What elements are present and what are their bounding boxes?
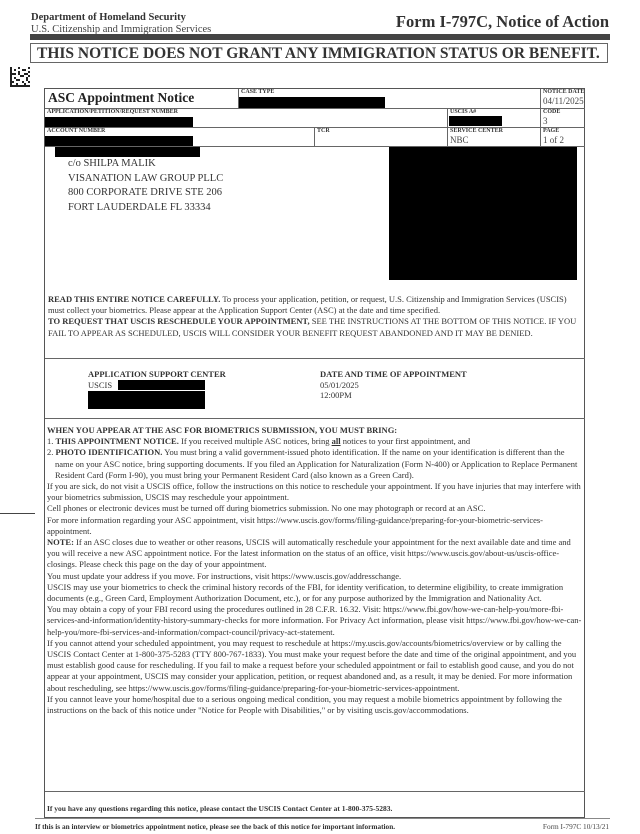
item-bold: THIS APPOINTMENT NOTICE. xyxy=(56,436,179,446)
section-divider xyxy=(45,358,585,359)
item-text: notices to your first appointment, and xyxy=(341,436,471,446)
page-value: 1 of 2 xyxy=(541,135,585,145)
case-type-cell: CASE TYPE xyxy=(239,89,541,109)
case-type-redacted xyxy=(239,97,385,108)
notice-date-value: 04/11/2025 xyxy=(541,96,585,106)
case-type-label: CASE TYPE xyxy=(239,89,540,96)
item-bold: PHOTO IDENTIFICATION. xyxy=(56,447,163,457)
section-divider xyxy=(45,418,585,419)
intro-paragraph-2: TO REQUEST THAT USCIS RESCHEDULE YOUR AP… xyxy=(48,316,581,338)
intro-bold-1: READ THIS ENTIRE NOTICE CAREFULLY. xyxy=(48,294,220,304)
a-number-label: USCIS A# xyxy=(448,109,540,116)
margin-fold-mark xyxy=(0,513,35,514)
asc-address-redacted xyxy=(88,391,205,409)
tcr-cell: TCR xyxy=(315,128,448,147)
page-cell: PAGE 1 of 2 xyxy=(541,128,585,147)
footer-note: If this is an interview or biometrics ap… xyxy=(35,822,395,831)
appointment-datetime: DATE AND TIME OF APPOINTMENT 05/01/2025 … xyxy=(320,369,467,401)
contact-line: If you have any questions regarding this… xyxy=(47,804,392,813)
notice-type-cell: ASC Appointment Notice xyxy=(45,89,239,109)
intro-paragraph-1: READ THIS ENTIRE NOTICE CAREFULLY. To pr… xyxy=(48,294,581,316)
receipt-number-label: APPLICATION/PETITION/REQUEST NUMBER xyxy=(45,109,447,116)
a-number-cell: USCIS A# xyxy=(448,109,541,128)
notice-date-label: NOTICE DATE xyxy=(541,89,585,96)
note-text: If an ASC closes due to weather or other… xyxy=(47,537,571,569)
service-center-label: SERVICE CENTER xyxy=(448,128,540,135)
mailing-address: c/o SHILPA MALIK VISANATION LAW GROUP PL… xyxy=(68,157,223,215)
footer-form-id: Form I-797C 10/13/21 xyxy=(543,822,609,831)
service-center-cell: SERVICE CENTER NBC xyxy=(448,128,541,147)
intro-section: READ THIS ENTIRE NOTICE CAREFULLY. To pr… xyxy=(48,294,581,339)
item-number: 2. xyxy=(47,447,53,457)
datamatrix-barcode-icon xyxy=(10,67,30,87)
address-line: VISANATION LAW GROUP PLLC xyxy=(68,172,223,187)
header-divider xyxy=(30,34,610,40)
asc-label: APPLICATION SUPPORT CENTER xyxy=(88,369,226,380)
address-line: FORT LAUDERDALE FL 33334 xyxy=(68,201,223,216)
address-line: c/o SHILPA MALIK xyxy=(68,157,223,172)
code-label: CODE xyxy=(541,109,585,116)
body-paragraph: If you cannot leave your home/hospital d… xyxy=(47,694,582,716)
body-paragraph: You may obtain a copy of your FBI record… xyxy=(47,604,582,638)
appointment-date: 05/01/2025 xyxy=(320,380,467,391)
bring-item-1: 1. THIS APPOINTMENT NOTICE. If you recei… xyxy=(47,436,582,447)
datetime-label: DATE AND TIME OF APPOINTMENT xyxy=(320,369,467,380)
receipt-number-cell: APPLICATION/PETITION/REQUEST NUMBER xyxy=(45,109,448,128)
a-number-redacted xyxy=(449,116,502,126)
body-paragraph: If you cannot attend your scheduled appo… xyxy=(47,638,582,694)
notice-type: ASC Appointment Notice xyxy=(45,89,238,106)
footer-divider xyxy=(35,818,610,819)
intro-bold-2: TO REQUEST THAT USCIS RESCHEDULE YOUR AP… xyxy=(48,316,310,326)
status-banner: THIS NOTICE DOES NOT GRANT ANY IMMIGRATI… xyxy=(30,43,608,63)
agency-name: Department of Homeland Security xyxy=(31,12,186,23)
asc-name-redacted xyxy=(118,380,205,390)
address-line: 800 CORPORATE DRIVE STE 206 xyxy=(68,186,223,201)
account-number-label: ACCOUNT NUMBER xyxy=(45,128,314,135)
bring-heading: WHEN YOU APPEAR AT THE ASC FOR BIOMETRIC… xyxy=(47,425,582,436)
code-cell: CODE 3 xyxy=(541,109,585,128)
body-paragraph: If you are sick, do not visit a USCIS of… xyxy=(47,481,582,503)
section-divider xyxy=(45,791,585,792)
notice-date-cell: NOTICE DATE 04/11/2025 xyxy=(541,89,585,109)
bring-item-2: 2. PHOTO IDENTIFICATION. You must bring … xyxy=(47,447,582,481)
page-label: PAGE xyxy=(541,128,585,135)
item-emphasis: all xyxy=(332,436,341,446)
body-paragraph: For more information regarding your ASC … xyxy=(47,515,582,537)
item-number: 1. xyxy=(47,436,53,446)
barcode-area-redacted xyxy=(389,147,577,280)
note-paragraph: NOTE: If an ASC closes due to weather or… xyxy=(47,537,582,571)
item-text: If you received multiple ASC notices, br… xyxy=(179,436,332,446)
recipient-name-redacted xyxy=(55,147,200,157)
account-number-redacted xyxy=(45,136,193,146)
body-paragraph: Cell phones or electronic devices must b… xyxy=(47,503,582,514)
bring-section: WHEN YOU APPEAR AT THE ASC FOR BIOMETRIC… xyxy=(47,425,582,716)
form-title: Form I-797C, Notice of Action xyxy=(396,12,609,32)
body-paragraph: USCIS may use your biometrics to check t… xyxy=(47,582,582,604)
note-label: NOTE: xyxy=(47,537,74,547)
appointment-time: 12:00PM xyxy=(320,390,467,401)
code-value: 3 xyxy=(541,116,585,126)
body-paragraph: You must update your address if you move… xyxy=(47,571,582,582)
account-number-cell: ACCOUNT NUMBER xyxy=(45,128,315,147)
tcr-label: TCR xyxy=(315,128,447,135)
service-center-value: NBC xyxy=(448,135,540,145)
receipt-number-redacted xyxy=(45,117,193,127)
